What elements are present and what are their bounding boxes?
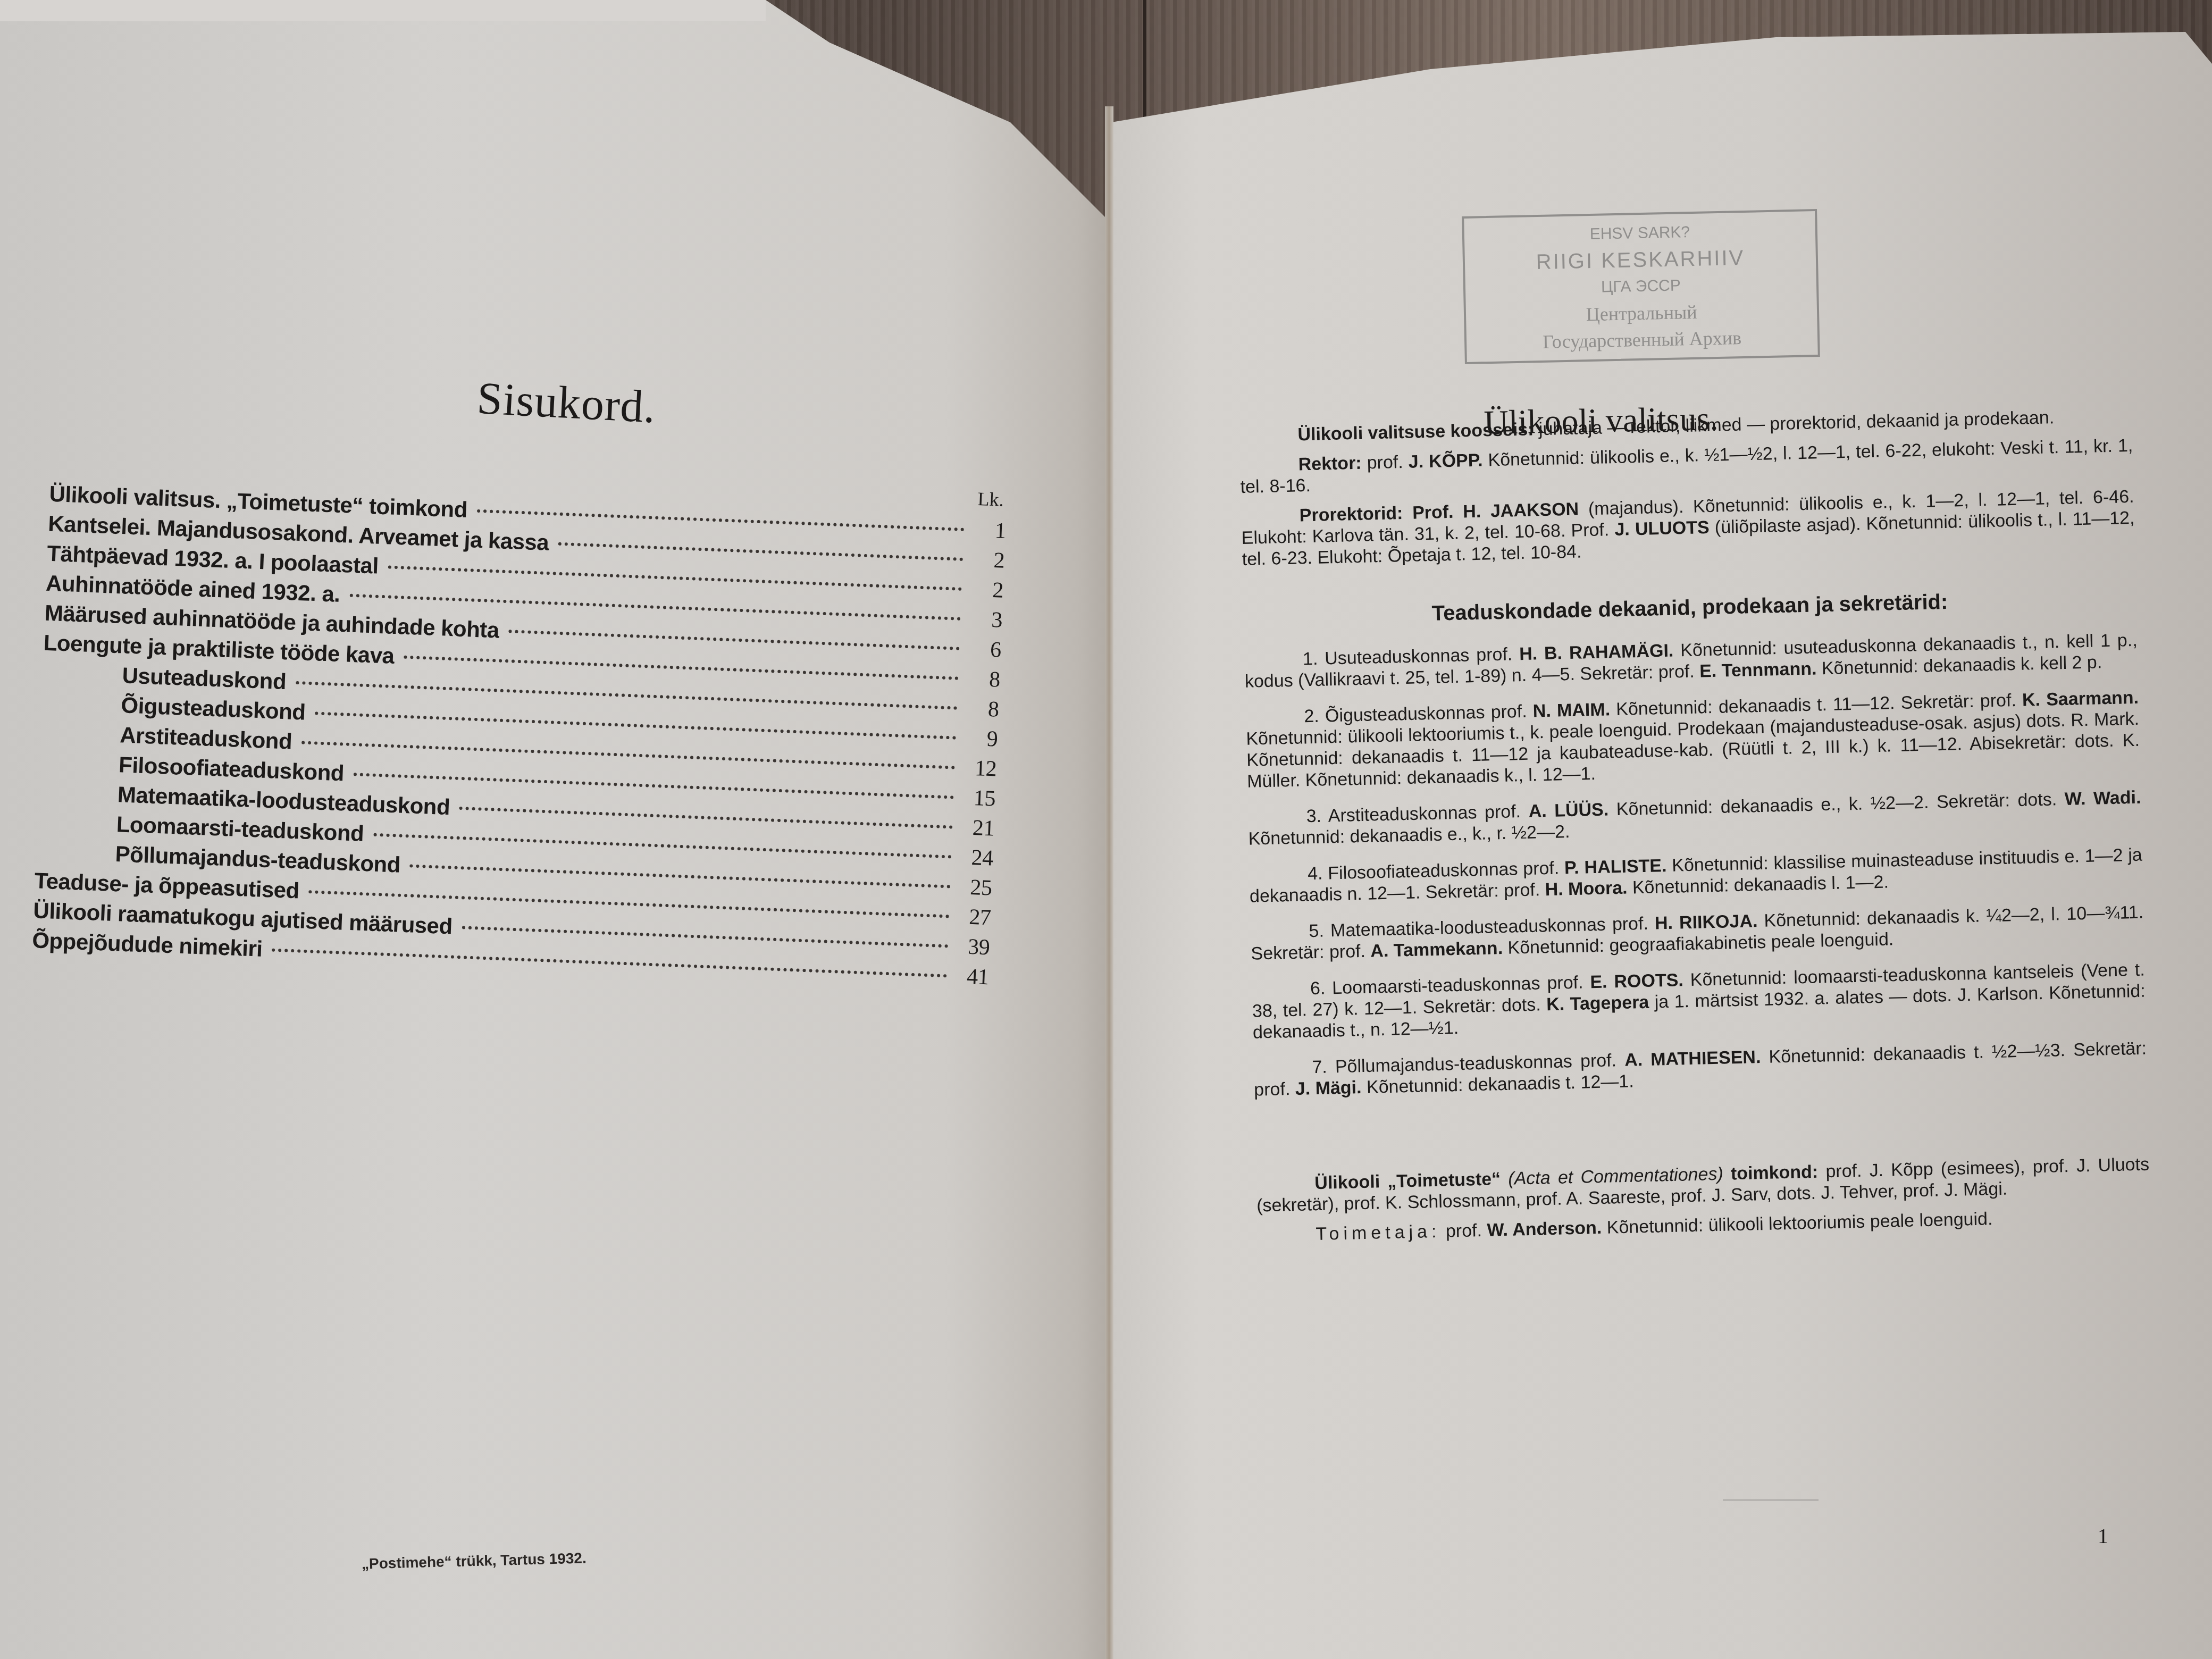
toimetaja-label: Toimetaja: [1316, 1221, 1441, 1244]
faculty-entry: 1. Usuteaduskonnas prof. H. B. RAHAMÄGI.… [1244, 630, 2138, 692]
faculty-entry: 7. Põllumajandus-teaduskonnas prof. A. M… [1253, 1038, 2147, 1101]
faculty-number: 6. [1310, 978, 1326, 999]
table-plank-gap [1143, 0, 1146, 117]
toc-entry-page: 2 [971, 577, 1004, 604]
toimetaja-text: Kõnetunnid: ülikooli lektooriumis peale … [1606, 1209, 1992, 1237]
toimkond-latin: (Acta et Commentationes) [1508, 1164, 1723, 1189]
toc-entry-page: 3 [970, 607, 1003, 633]
closing-rule [1723, 1499, 1819, 1501]
dean-name: N. MAIM. [1532, 699, 1610, 721]
book-spine-gutter [1105, 106, 1113, 1659]
toc-title: Sisukord. [476, 371, 657, 433]
faculty-number: 5. [1309, 921, 1324, 942]
toc-entry-page: 12 [964, 755, 997, 782]
rektor-title: prof. [1367, 452, 1403, 473]
rektor-label: Rektor: [1298, 453, 1362, 475]
secretary-name: K. Tagepera [1546, 992, 1649, 1015]
secretary-name: W. Wadi. [2064, 787, 2141, 809]
prorektor-2-name: J. ULUOTS [1614, 517, 1710, 540]
faculty-number: 3. [1306, 806, 1321, 827]
secretary-hours: Kõnetunnid: dekanaadis l. 1—2. [1632, 872, 1889, 898]
toc-page-column-label: Lk. [977, 488, 1004, 511]
deans-section-heading: Teaduskondade dekaanid, prodekaan ja sek… [1243, 587, 2136, 629]
toc-entry-page: 27 [959, 904, 992, 931]
toc-entry-page: 24 [961, 844, 994, 871]
secretary-name: K. Saarmann. [2022, 688, 2139, 710]
toc-entry-page: 8 [967, 696, 1000, 722]
toimkond-label: Ülikooli „Toimetuste“ [1314, 1169, 1501, 1193]
toc-entry-page: 21 [962, 815, 995, 841]
faculty-entry: 3. Arstiteaduskonnas prof. A. LÜÜS. Kõne… [1247, 787, 2141, 850]
toc-entry-page: 6 [969, 636, 1002, 663]
toc-entry-page: 25 [960, 874, 993, 901]
faculty-prefix: Õigusteaduskonnas prof. [1325, 701, 1528, 726]
secretary-name: A. Tammekann. [1370, 938, 1503, 961]
toc-entry-page: 9 [965, 725, 998, 752]
faculty-entry: 6. Loomaarsti-teaduskonnas prof. E. ROOT… [1252, 959, 2146, 1043]
toimkond-label-2: toimkond: [1730, 1162, 1818, 1184]
toimetaja-title: prof. [1445, 1220, 1482, 1242]
toimetaja-name: W. Anderson. [1487, 1218, 1602, 1241]
faculty-prefix: Arstiteaduskonnas prof. [1328, 801, 1521, 826]
rektor-name: J. KÕPP. [1408, 450, 1483, 472]
koosseis-label: Ülikooli valitsuse koosseis: [1297, 419, 1534, 445]
dean-hours: Kõnetunnid: dekanaadis e., k. ½2—2. Sekr… [1616, 789, 2057, 819]
dean-name: H. RIIKOJA. [1655, 911, 1758, 933]
archive-stamp: EHSV SARK? RIIGI KESKARHIIV ЦГА ЭССР Цен… [1462, 209, 1820, 364]
toc-entry-page: 8 [968, 666, 1001, 692]
faculty-prefix: Usuteaduskonnas prof. [1325, 644, 1513, 668]
dean-name: A. LÜÜS. [1528, 799, 1608, 821]
prorektorid-label: Prorektorid: [1299, 503, 1403, 525]
faculty-list: 1. Usuteaduskonnas prof. H. B. RAHAMÄGI.… [1244, 630, 2148, 1101]
dean-name: P. HALISTE. [1564, 856, 1667, 878]
dot-leader [508, 630, 959, 650]
dot-leader [558, 542, 963, 561]
toc-entry-page: 39 [957, 934, 990, 960]
faculty-number: 4. [1308, 864, 1323, 884]
secretary-name: J. Mägi. [1295, 1077, 1362, 1099]
faculty-entry: 2. Õigusteaduskonnas prof. N. MAIM. Kõne… [1245, 687, 2140, 792]
prorektorid-paragraph: Prorektorid: Prof. H. JAAKSON (majandus)… [1241, 486, 2135, 570]
right-page-body: Ülikooli valitsuse koosseis: juhataja — … [1239, 405, 2151, 1255]
rektor-paragraph: Rektor: prof. J. KÕPP. Kõnetunnid: üliko… [1239, 435, 2133, 498]
toc-entry-page: 2 [972, 547, 1005, 574]
faculty-entry: 5. Matemaatika-loodusteaduskonnas prof. … [1250, 902, 2144, 965]
secretary-hours: Kõnetunnid: dekanaadis e., k., r. ½2—2. [1248, 822, 1570, 849]
left-page-top-edge [0, 0, 766, 21]
faculty-number: 7. [1312, 1057, 1327, 1078]
toc-entry-page: 15 [963, 785, 996, 811]
faculty-number: 1. [1303, 649, 1318, 669]
faculty-entry: 4. Filosoofiateaduskonnas prof. P. HALIS… [1249, 844, 2143, 907]
dean-name: E. ROOTS. [1590, 970, 1683, 992]
faculty-number: 2. [1304, 706, 1319, 727]
dean-name: H. B. RAHAMÄGI. [1519, 641, 1674, 665]
prorektor-1-name: Prof. H. JAAKSON [1412, 499, 1579, 523]
secretary-name: H. Moora. [1545, 878, 1628, 900]
dean-name: A. MATHIESEN. [1624, 1047, 1761, 1070]
page-number: 1 [2098, 1523, 2108, 1548]
secretary-name: E. Tennmann. [1699, 658, 1817, 681]
toc-entry-page: 1 [974, 517, 1007, 544]
toc-entry-page: 41 [956, 963, 989, 990]
